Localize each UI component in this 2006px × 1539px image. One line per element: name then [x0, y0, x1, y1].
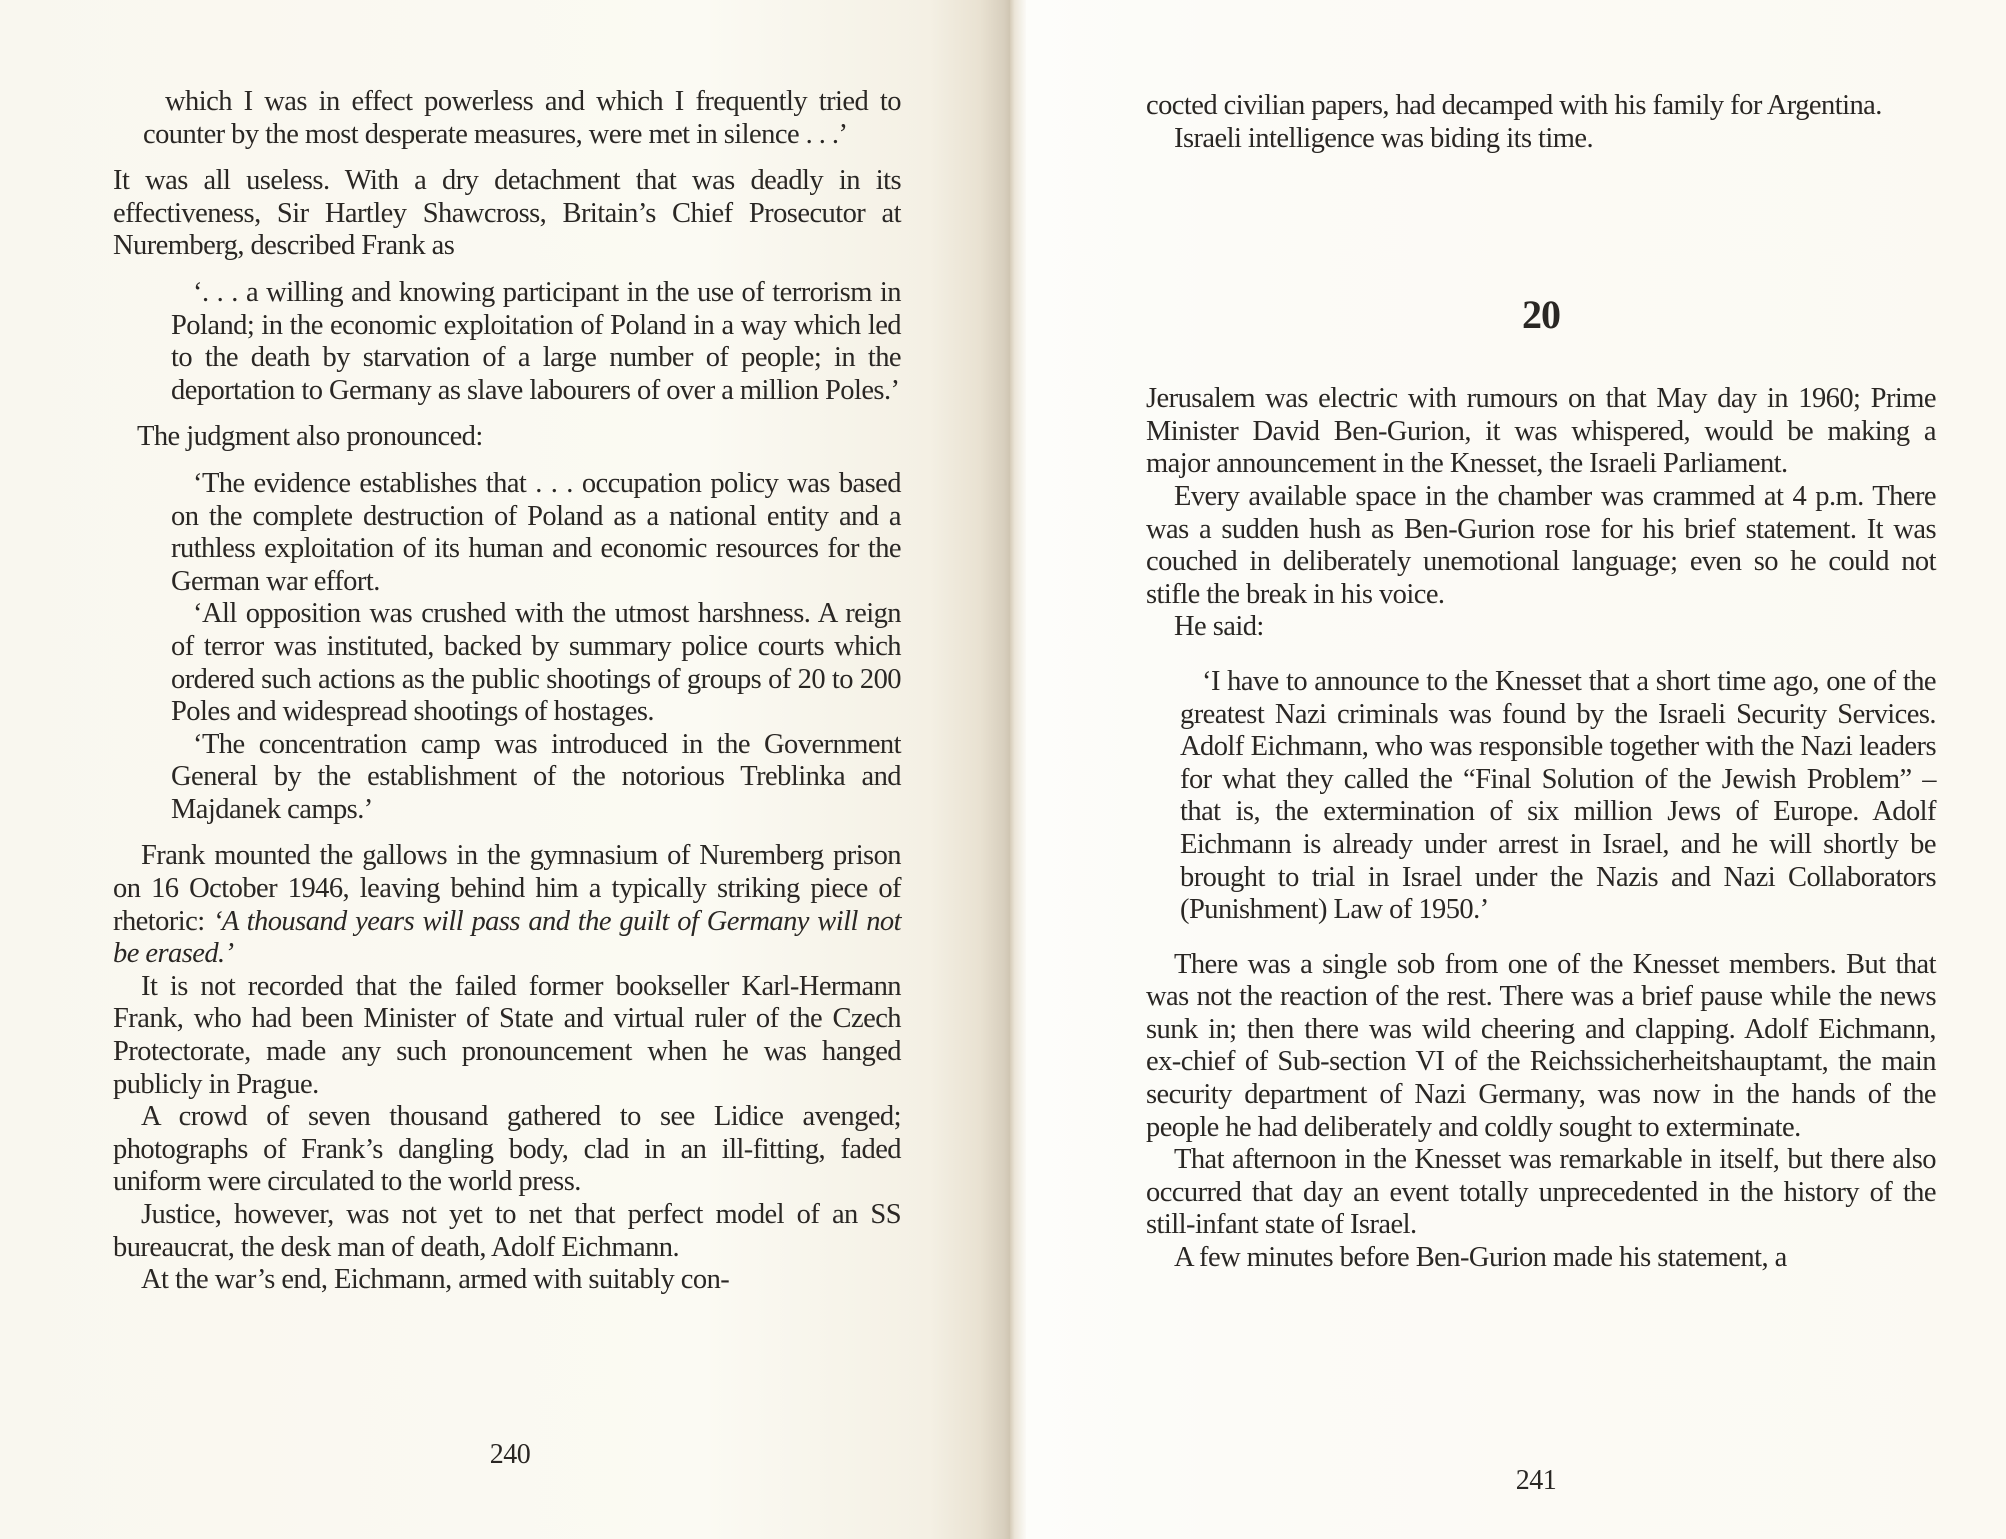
page-number: 240 — [470, 1440, 550, 1470]
paragraph: Justice, however, was not yet to net tha… — [113, 1199, 901, 1264]
quote-paragraph: ‘The concentration camp was introduced i… — [171, 729, 901, 827]
left-page-text: which I was in effect powerless and whic… — [143, 86, 901, 1297]
block-quote: ‘The evidence establishes that . . . occ… — [171, 468, 901, 827]
paragraph: It is not recorded that the failed forme… — [113, 971, 901, 1101]
paragraph: A few minutes before Ben-Gurion made his… — [1146, 1242, 1936, 1275]
quote-continuation: which I was in effect powerless and whic… — [143, 86, 901, 151]
page-number: 241 — [1496, 1466, 1576, 1496]
quote-paragraph: ‘I have to announce to the Knesset that … — [1180, 666, 1936, 927]
paragraph: That afternoon in the Knesset was remark… — [1146, 1144, 1936, 1242]
paragraph: There was a single sob from one of the K… — [1146, 949, 1936, 1145]
paragraph: A crowd of seven thousand gathered to se… — [113, 1101, 901, 1199]
chapter-heading: 20 — [1146, 295, 1936, 335]
paragraph: The judgment also pronounced: — [137, 421, 901, 454]
quote-paragraph: ‘All opposition was crushed with the utm… — [171, 598, 901, 728]
right-page-text: cocted civilian papers, had decamped wit… — [1146, 90, 1936, 1275]
quote-paragraph: ‘. . . a willing and knowing participant… — [171, 277, 901, 407]
paragraph: At the war’s end, Eichmann, armed with s… — [113, 1264, 901, 1297]
paragraph: Jerusalem was electric with rumours on t… — [1146, 383, 1936, 481]
paragraph: It was all useless. With a dry detachmen… — [113, 165, 901, 263]
left-page: which I was in effect powerless and whic… — [0, 0, 1010, 1539]
paragraph: Every available space in the chamber was… — [1146, 481, 1936, 611]
italic-quote: ‘A thousand years will pass and the guil… — [113, 906, 901, 970]
book-spread: which I was in effect powerless and whic… — [0, 0, 2006, 1539]
book-gutter — [1010, 0, 1026, 1539]
paragraph: Israeli intelligence was biding its time… — [1146, 123, 1936, 156]
paragraph: Frank mounted the gallows in the gymnasi… — [113, 840, 901, 970]
quote-paragraph: ‘The evidence establishes that . . . occ… — [171, 468, 901, 598]
paragraph: which I was in effect powerless and whic… — [143, 86, 901, 151]
block-quote: ‘. . . a willing and knowing participant… — [171, 277, 901, 407]
block-quote: ‘I have to announce to the Knesset that … — [1180, 666, 1936, 927]
right-page: cocted civilian papers, had decamped wit… — [1026, 0, 2006, 1539]
paragraph: He said: — [1146, 611, 1936, 644]
paragraph: cocted civilian papers, had decamped wit… — [1146, 90, 1936, 123]
